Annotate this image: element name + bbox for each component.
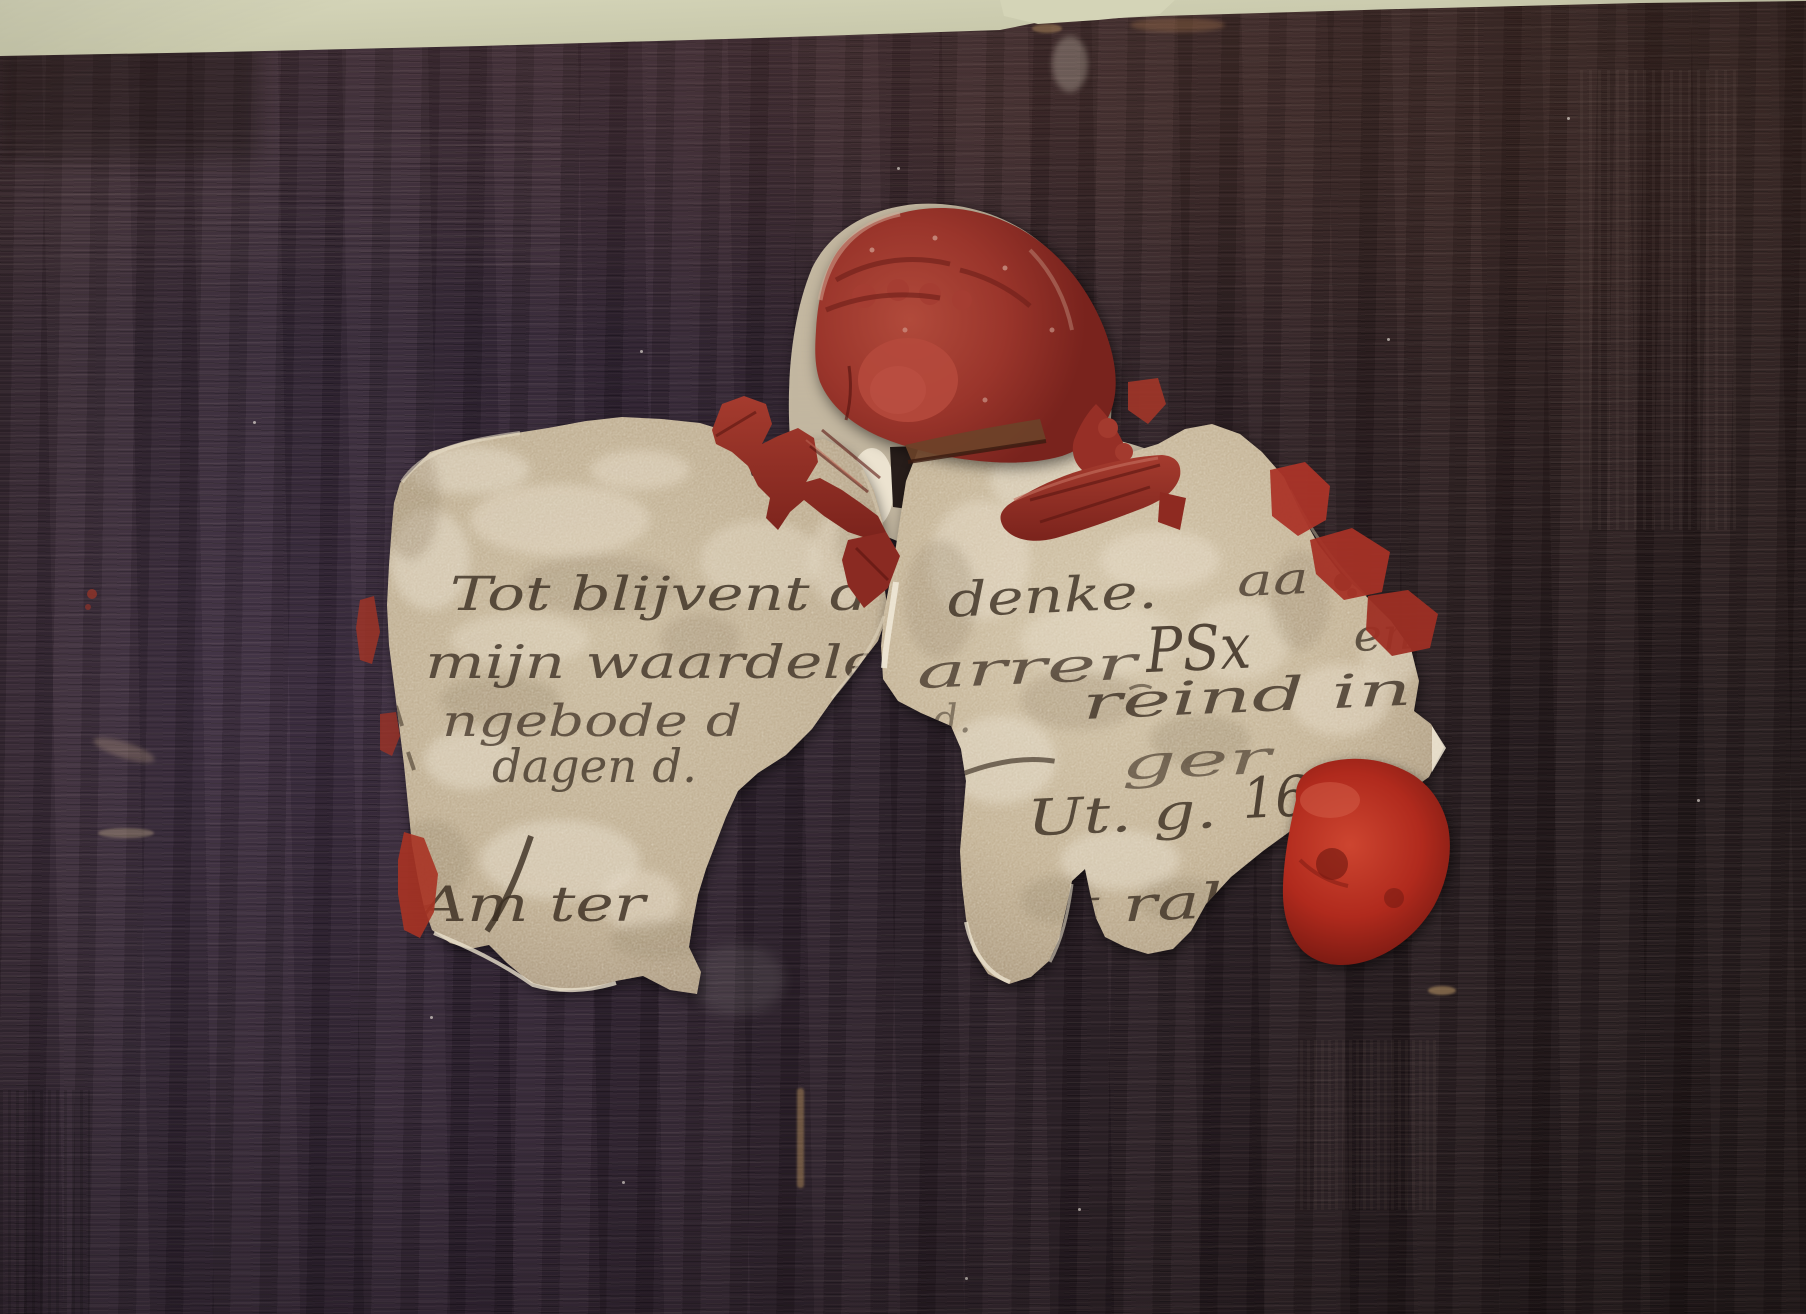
photo-of-label-and-seal: Tot blijvent d mijn waardele ngebode d d… bbox=[0, 0, 1806, 1314]
vignette bbox=[0, 0, 1806, 1314]
